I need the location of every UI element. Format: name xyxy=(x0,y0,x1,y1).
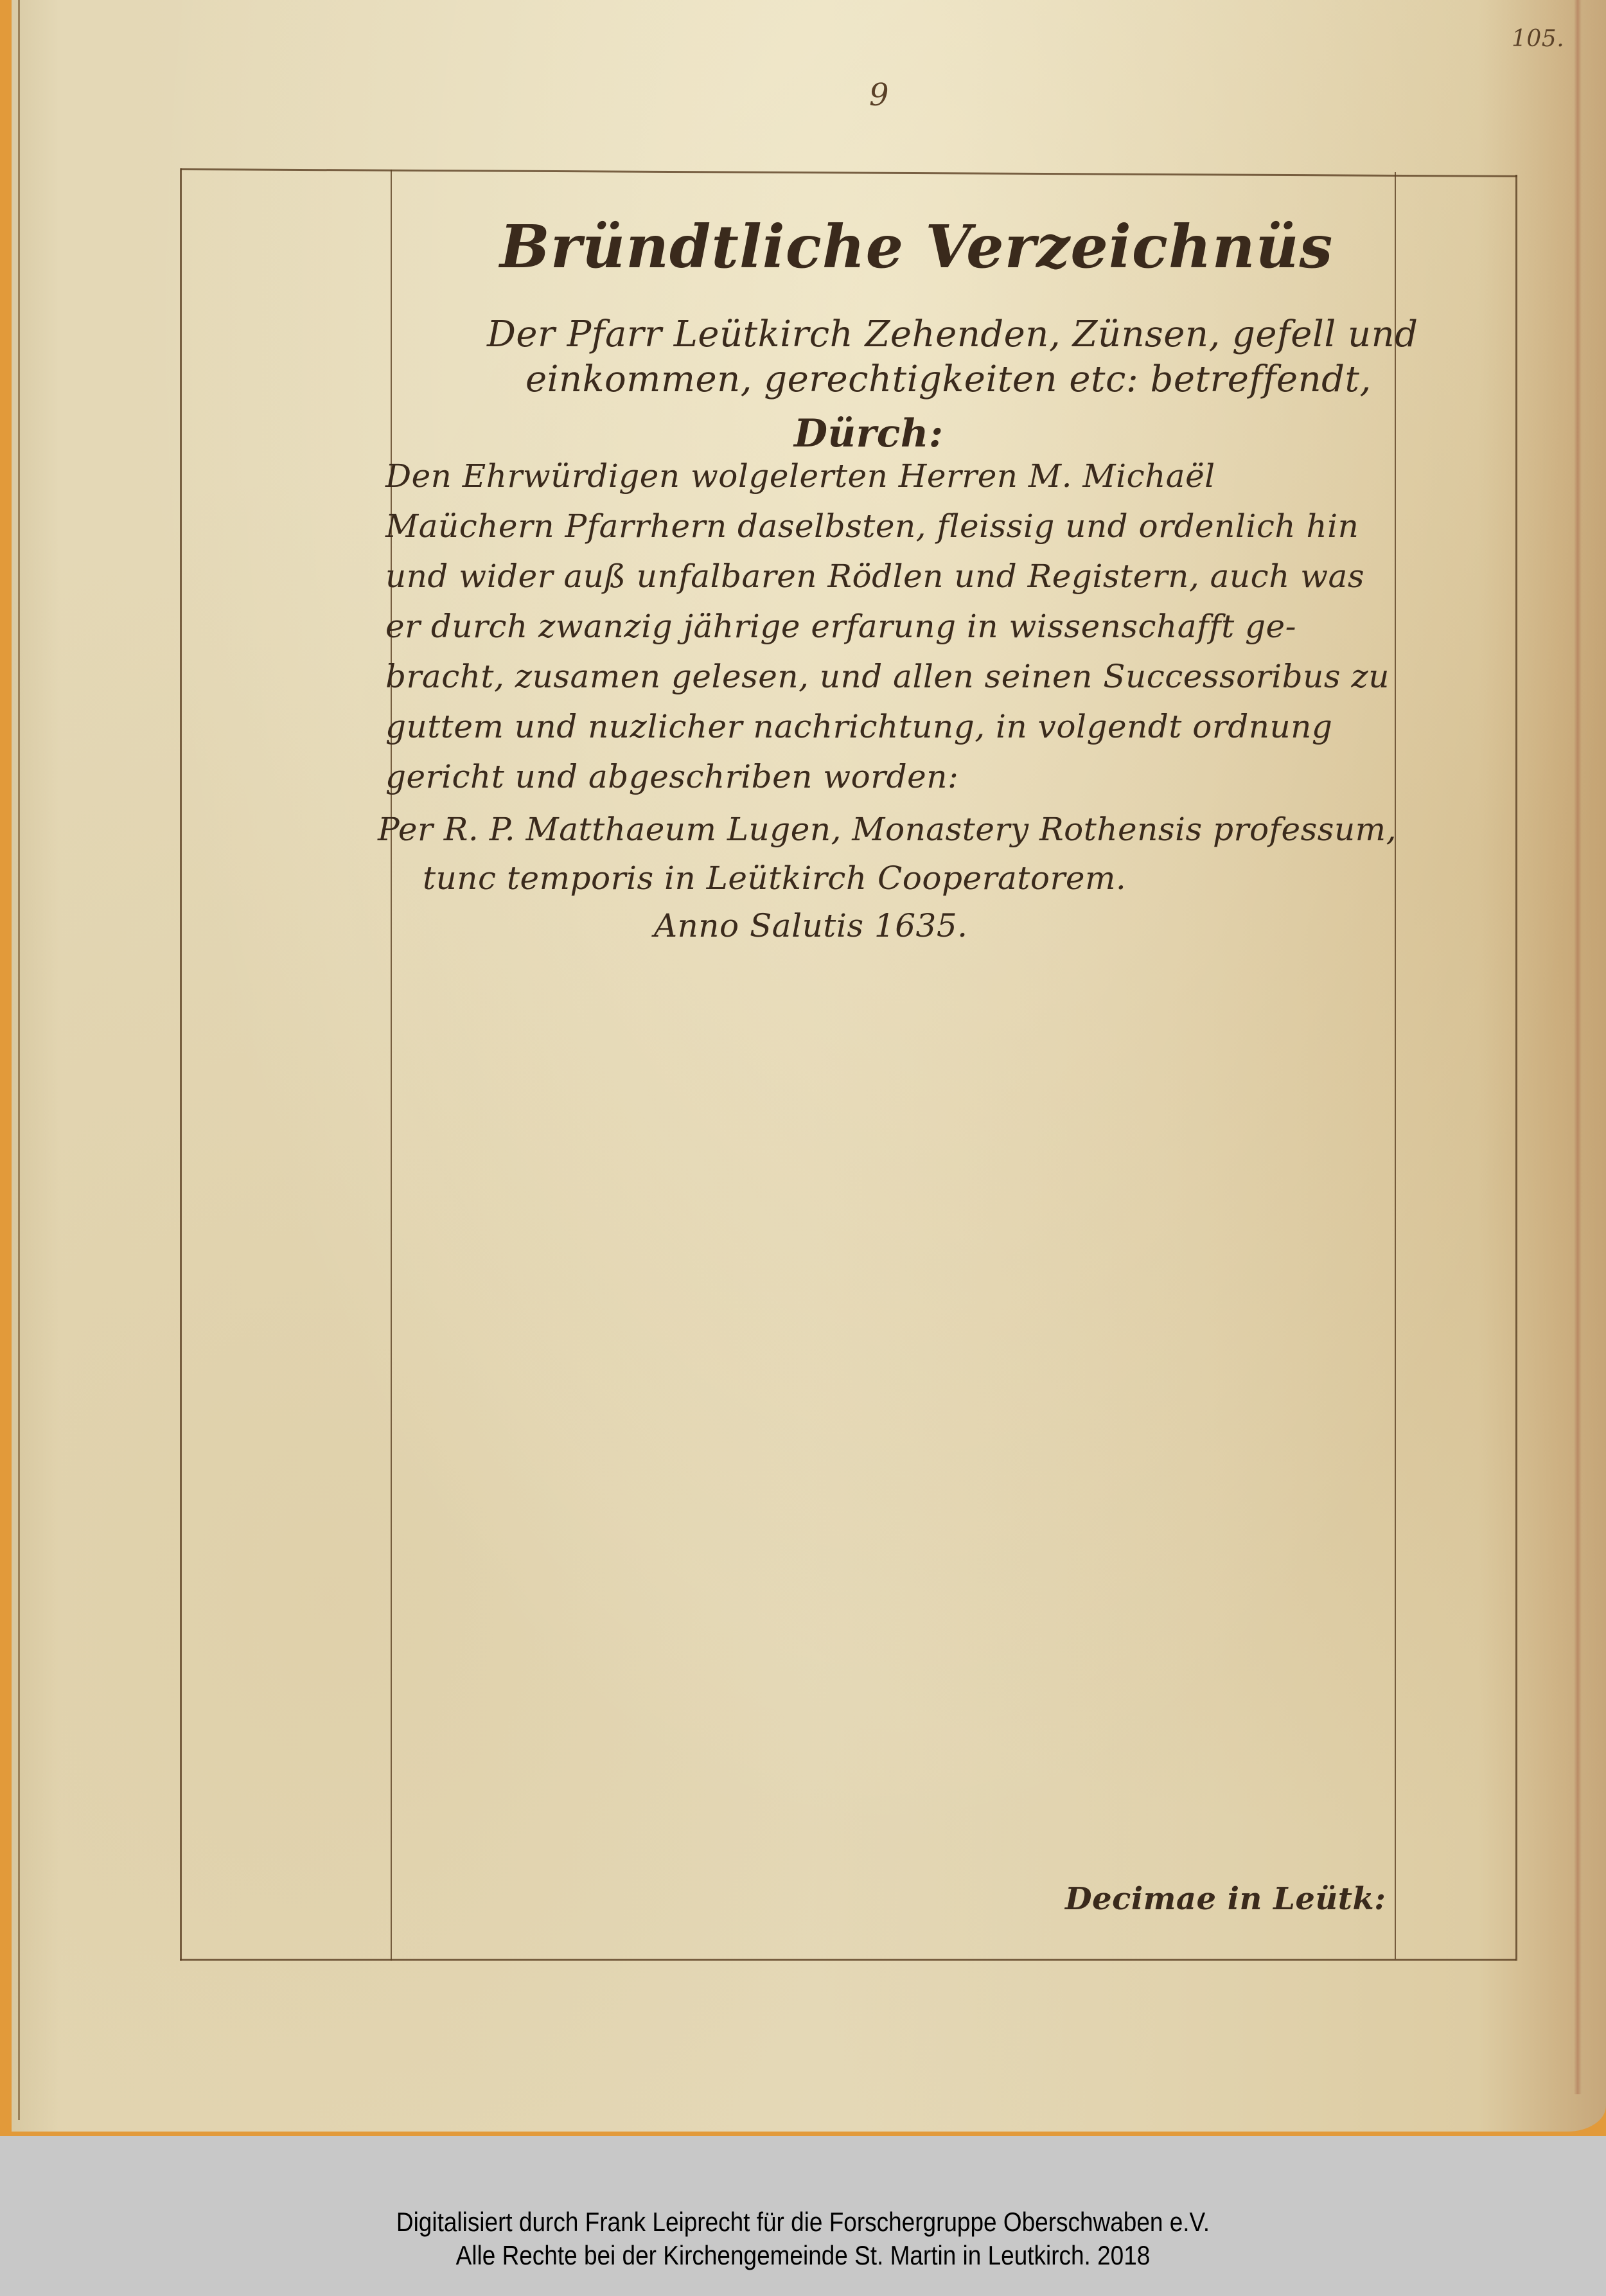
caption-line-1: Digitalisiert durch Frank Leiprecht für … xyxy=(96,2207,1510,2238)
digitization-caption: Digitalisiert durch Frank Leiprecht für … xyxy=(0,2136,1606,2296)
date-line: Anno Salutis 1635. xyxy=(654,907,968,944)
body-line-7: gericht und abgeschriben worden: xyxy=(385,758,958,795)
frame-top-rule xyxy=(181,168,1517,177)
durch-heading: Dürch: xyxy=(794,411,944,456)
attribution-line-1: Per R. P. Matthaeum Lugen, Monastery Rot… xyxy=(378,811,1397,848)
page-number: 9 xyxy=(869,77,889,113)
body-line-6: guttem und nuzlicher nachrichtung, in vo… xyxy=(385,708,1332,745)
document-title: Bründtliche Verzeichnüs xyxy=(500,212,1333,281)
page-edge-shadow xyxy=(1574,0,1582,2094)
scanned-page-area: 105. 9 Bründtliche Verzeichnüs Der Pfarr… xyxy=(0,0,1606,2136)
body-line-3: und wider auß unfalbaren Rödlen und Regi… xyxy=(385,558,1364,595)
attribution-line-2: tunc temporis in Leütkirch Cooperatorem. xyxy=(423,860,1126,897)
frame-bottom-rule xyxy=(180,1959,1516,1961)
subtitle-line-2: einkommen, gerechtigkeiten etc: betreffe… xyxy=(525,358,1372,400)
inner-right-column-rule xyxy=(1395,172,1396,1959)
frame-left-rule xyxy=(180,168,182,1961)
caption-line-2: Alle Rechte bei der Kirchengemeinde St. … xyxy=(96,2240,1510,2271)
folio-number: 105. xyxy=(1512,26,1564,52)
binding-gutter-line xyxy=(18,0,20,2120)
body-line-5: bracht, zusamen gelesen, und allen seine… xyxy=(385,658,1390,695)
decimae-note: Decimae in Leütk: xyxy=(1065,1881,1386,1917)
body-line-4: er durch zwanzig jährige erfarung in wis… xyxy=(385,608,1296,645)
frame-right-rule xyxy=(1515,175,1517,1961)
manuscript-page: 105. 9 Bründtliche Verzeichnüs Der Pfarr… xyxy=(12,0,1606,2132)
body-line-1: Den Ehrwürdigen wolgelerten Herren M. Mi… xyxy=(385,457,1215,495)
inner-left-column-rule xyxy=(391,170,392,1961)
subtitle-line-1: Der Pfarr Leütkirch Zehenden, Zünsen, ge… xyxy=(487,313,1418,355)
body-line-2: Maüchern Pfarrhern daselbsten, fleissig … xyxy=(385,508,1359,545)
